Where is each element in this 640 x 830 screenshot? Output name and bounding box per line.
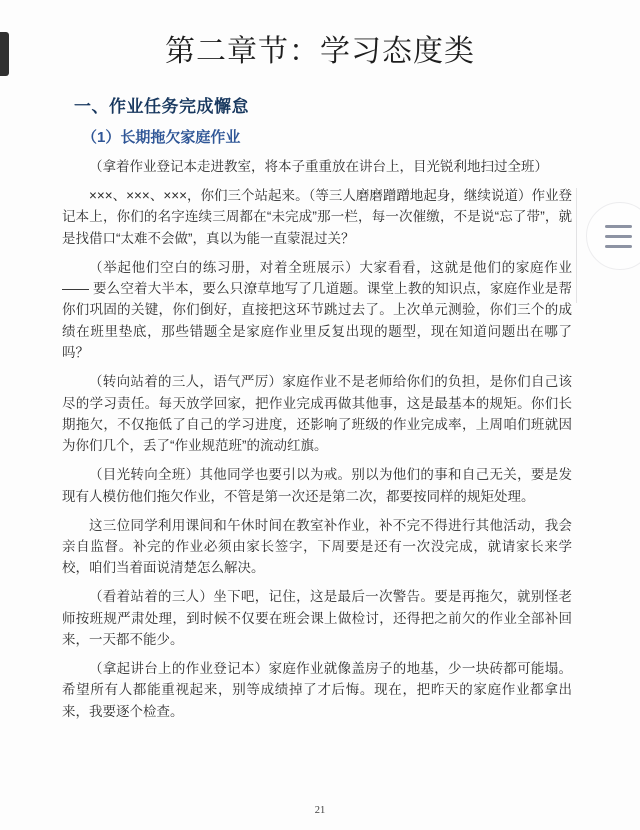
paragraph: （目光转向全班）其他同学也要引以为戒。别以为他们的事和自己无关，要是发现有人模仿… — [62, 464, 572, 507]
floating-menu-button[interactable] — [586, 202, 640, 270]
paragraph: （拿起讲台上的作业登记本）家庭作业就像盖房子的地基，少一块砖都可能塌。希望所有人… — [62, 658, 572, 722]
drawer-edge-line — [576, 188, 577, 303]
page-number: 21 — [0, 805, 640, 816]
section-heading: 一、作业任务完成懈怠 — [74, 92, 640, 117]
chapter-title: 第二章节：学习态度类 — [0, 26, 640, 70]
document-page: 第二章节：学习态度类 一、作业任务完成懈怠 （1）长期拖欠家庭作业 （拿着作业登… — [0, 0, 640, 830]
body-paragraphs: （拿着作业登记本走进教室，将本子重重放在讲台上，目光锐利地扫过全班）×××、××… — [62, 156, 572, 722]
paragraph: （拿着作业登记本走进教室，将本子重重放在讲台上，目光锐利地扫过全班） — [62, 156, 572, 177]
paragraph: （看着站着的三人）坐下吧，记住，这是最后一次警告。要是再拖欠，就别怪老师按班规严… — [62, 586, 572, 650]
paragraph: （转向站着的三人，语气严厉）家庭作业不是老师给你们的负担，是你们自己该尽的学习责… — [62, 371, 572, 457]
paragraph: ×××、×××、×××，你们三个站起来。（等三人磨磨蹭蹭地起身，继续说道）作业登… — [62, 185, 572, 249]
left-edge-tab — [0, 32, 9, 76]
subsection-heading: （1）长期拖欠家庭作业 — [82, 126, 640, 147]
paragraph: 这三位同学利用课间和午休时间在教室补作业，补不完不得进行其他活动，我会亲自监督。… — [62, 515, 572, 579]
paragraph: （举起他们空白的练习册，对着全班展示）大家看看，这就是他们的家庭作业 —— 要么… — [62, 257, 572, 364]
